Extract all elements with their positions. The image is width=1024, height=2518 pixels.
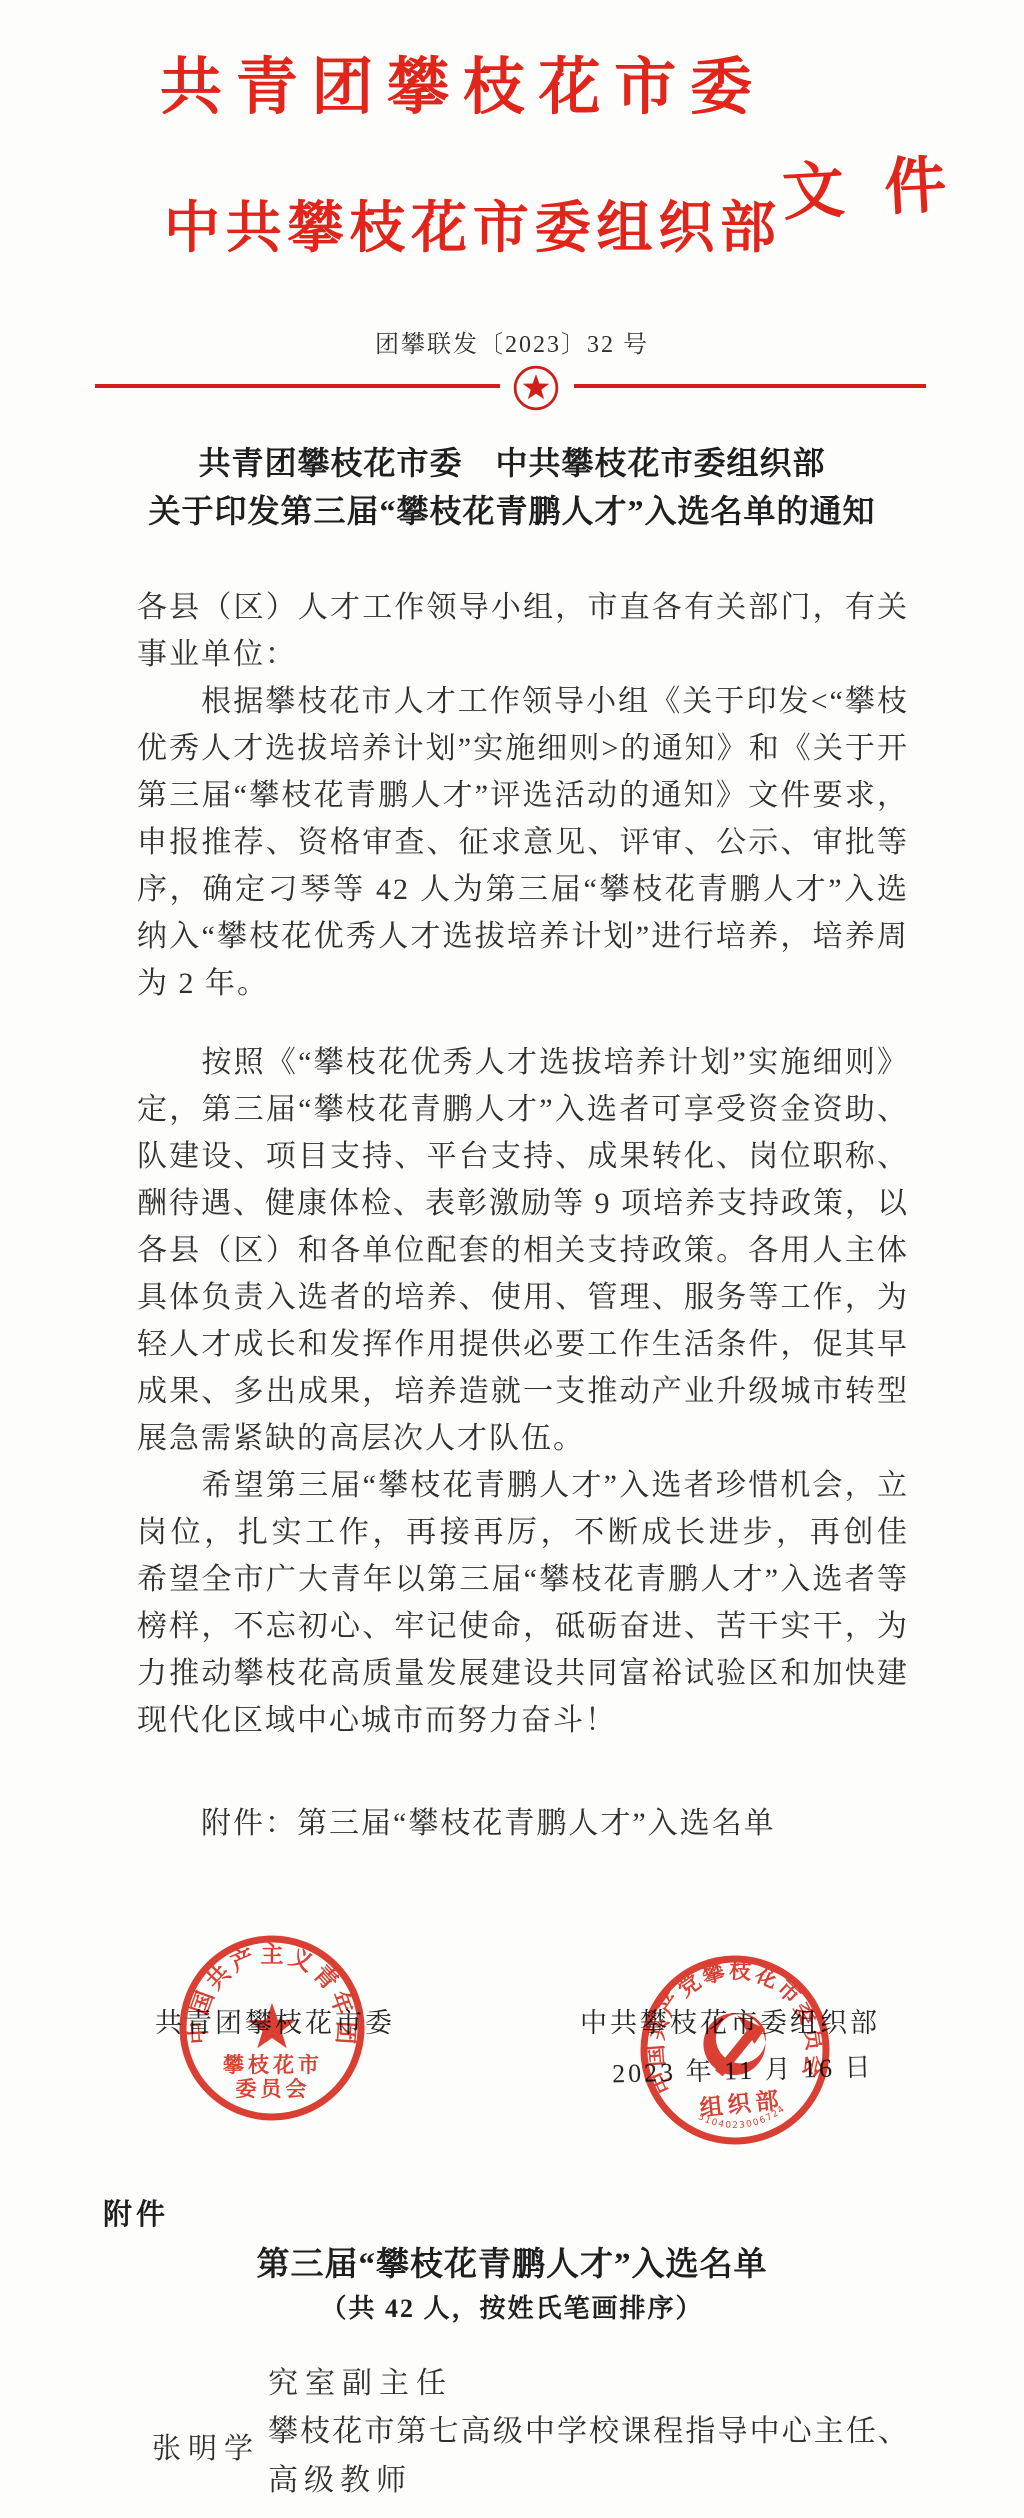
divider-line-left xyxy=(95,384,500,388)
seal-inner-line2: 委员会 xyxy=(236,2077,311,2101)
body-line: 展急需紧缺的高层次人才队伍。 xyxy=(137,1415,909,1462)
body-line: 希望第三届“攀枝花青鹏人才”入选者珍惜机会，立足 xyxy=(137,1462,909,1509)
body-line: 定，第三届“攀枝花青鹏人才”入选者可享受资金资助、团 xyxy=(137,1086,909,1133)
letterhead-doc-type: 文件 xyxy=(780,133,988,233)
body-line: 纳入“攀枝花优秀人才选拔培养计划”进行培养，培养周期 xyxy=(137,913,909,960)
body-text: 各县（区）人才工作领导小组，市直各有关部门，有关企 事业单位： 根据攀枝花市人才… xyxy=(137,584,909,1744)
body-line: 榜样，不忘初心、牢记使命，砥砺奋进、苦干实干，为奋 xyxy=(137,1603,909,1650)
doc-number: 团攀联发〔2023〕32 号 xyxy=(0,324,1024,359)
attachment-reference: 附件：第三届“攀枝花青鹏人才”入选名单 xyxy=(201,1798,776,1842)
divider-line-right xyxy=(574,384,926,388)
body-line: 希望全市广大青年以第三届“攀枝花青鹏人才”入选者等为 xyxy=(137,1556,909,1603)
youth-league-seal: 中国共产主义青年团 攀枝花市 委员会 xyxy=(176,1932,368,2124)
body-line: 轻人才成长和发挥作用提供必要工作生活条件，促其早出 xyxy=(137,1321,909,1368)
body-line: 优秀人才选拔培养计划”实施细则>的通知》和《关于开展 xyxy=(137,725,909,772)
list-entry-position-line1: 攀枝花市第七高级中学校课程指导中心主任、 xyxy=(268,2406,910,2453)
star-icon xyxy=(248,2003,296,2048)
seal-inner-line1: 攀枝花市 xyxy=(223,2053,323,2077)
body-line: 力推动攀枝花高质量发展建设共同富裕试验区和加快建设 xyxy=(137,1650,909,1697)
red-star-circle-icon xyxy=(513,365,559,411)
attachment-list-title: 第三届“攀枝花青鹏人才”入选名单 xyxy=(0,2238,1024,2285)
seal-ring-text: 中国共产党攀枝花市委员会 xyxy=(634,1948,831,2097)
letterhead-org-line2: 中共攀枝花市委组织部 xyxy=(164,194,776,264)
body-line: 具体负责入选者的培养、使用、管理、服务等工作，为年 xyxy=(137,1274,909,1321)
body-line: 事业单位： xyxy=(137,631,909,678)
doc-title-line2: 关于印发第三届“攀枝花青鹏人才”入选名单的通知 xyxy=(0,486,1024,532)
body-line: 各县（区）人才工作领导小组，市直各有关部门，有关企 xyxy=(137,584,909,631)
body-line: 队建设、项目支持、平台支持、成果转化、岗位职称、薪 xyxy=(137,1133,909,1180)
hammer-sickle-icon xyxy=(700,2010,769,2078)
body-line: 序，确定刁琴等 42 人为第三届“攀枝花青鹏人才”入选者， xyxy=(137,866,909,913)
letterhead-org-line1: 共青团攀枝花市委 xyxy=(160,50,752,128)
list-entry-position-line2: 高级教师 xyxy=(268,2455,412,2499)
doc-title-line1: 共青团攀枝花市委 中共攀枝花市委组织部 xyxy=(0,438,1024,484)
body-line: 酬待遇、健康体检、表彰激励等 9 项培养支持政策，以及 xyxy=(137,1180,909,1227)
body-line: 各县（区）和各单位配套的相关支持政策。各用人主体要 xyxy=(137,1227,909,1274)
body-line: 为 2 年。 xyxy=(137,960,909,1007)
body-line: 成果、多出成果，培养造就一支推动产业升级城市转型发 xyxy=(137,1368,909,1415)
list-carryover-line: 究室副主任 xyxy=(268,2358,453,2402)
body-line: 根据攀枝花市人才工作领导小组《关于印发<“攀枝花 xyxy=(137,678,909,725)
body-line: 岗位，扎实工作，再接再厉，不断成长进步，再创佳绩； xyxy=(137,1509,909,1556)
svg-text:中国共产党攀枝花市委员会: 中国共产党攀枝花市委员会 xyxy=(634,1948,831,2097)
attachment-label: 附件 xyxy=(103,2192,169,2233)
body-line: 第三届“攀枝花青鹏人才”评选活动的通知》文件要求，经 xyxy=(137,772,909,819)
list-entry-name: 张明学 xyxy=(152,2426,260,2467)
party-org-dept-seal: 中国共产党攀枝花市委员会 组织部 5104023006724 xyxy=(627,1942,842,2157)
document-page: 共青团攀枝花市委 中共攀枝花市委组织部 文件 团攀联发〔2023〕32 号 共青… xyxy=(0,0,1024,2518)
body-line: 按照《“攀枝花优秀人才选拔培养计划”实施细则》规 xyxy=(137,1039,909,1086)
body-line: 申报推荐、资格审查、征求意见、评审、公示、审批等程 xyxy=(137,819,909,866)
attachment-list-subtitle: （共 42 人，按姓氏笔画排序） xyxy=(0,2288,1024,2325)
body-line: 现代化区域中心城市而努力奋斗！ xyxy=(137,1697,909,1744)
